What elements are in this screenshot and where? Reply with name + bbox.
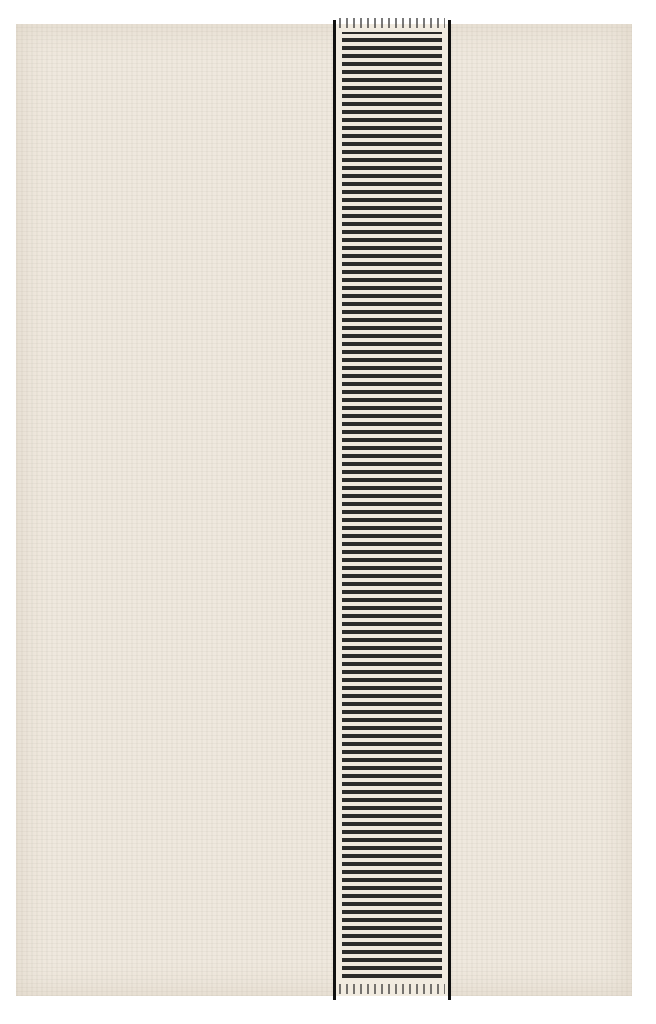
rug-center-stripe <box>333 24 451 996</box>
stripe-left-border <box>333 20 336 1000</box>
stripe-bottom-fringe <box>339 984 445 994</box>
stripe-right-border <box>448 20 451 1000</box>
stripe-top-fringe <box>339 18 445 28</box>
rug <box>16 24 632 996</box>
stripe-horizontal-bars <box>342 32 442 978</box>
